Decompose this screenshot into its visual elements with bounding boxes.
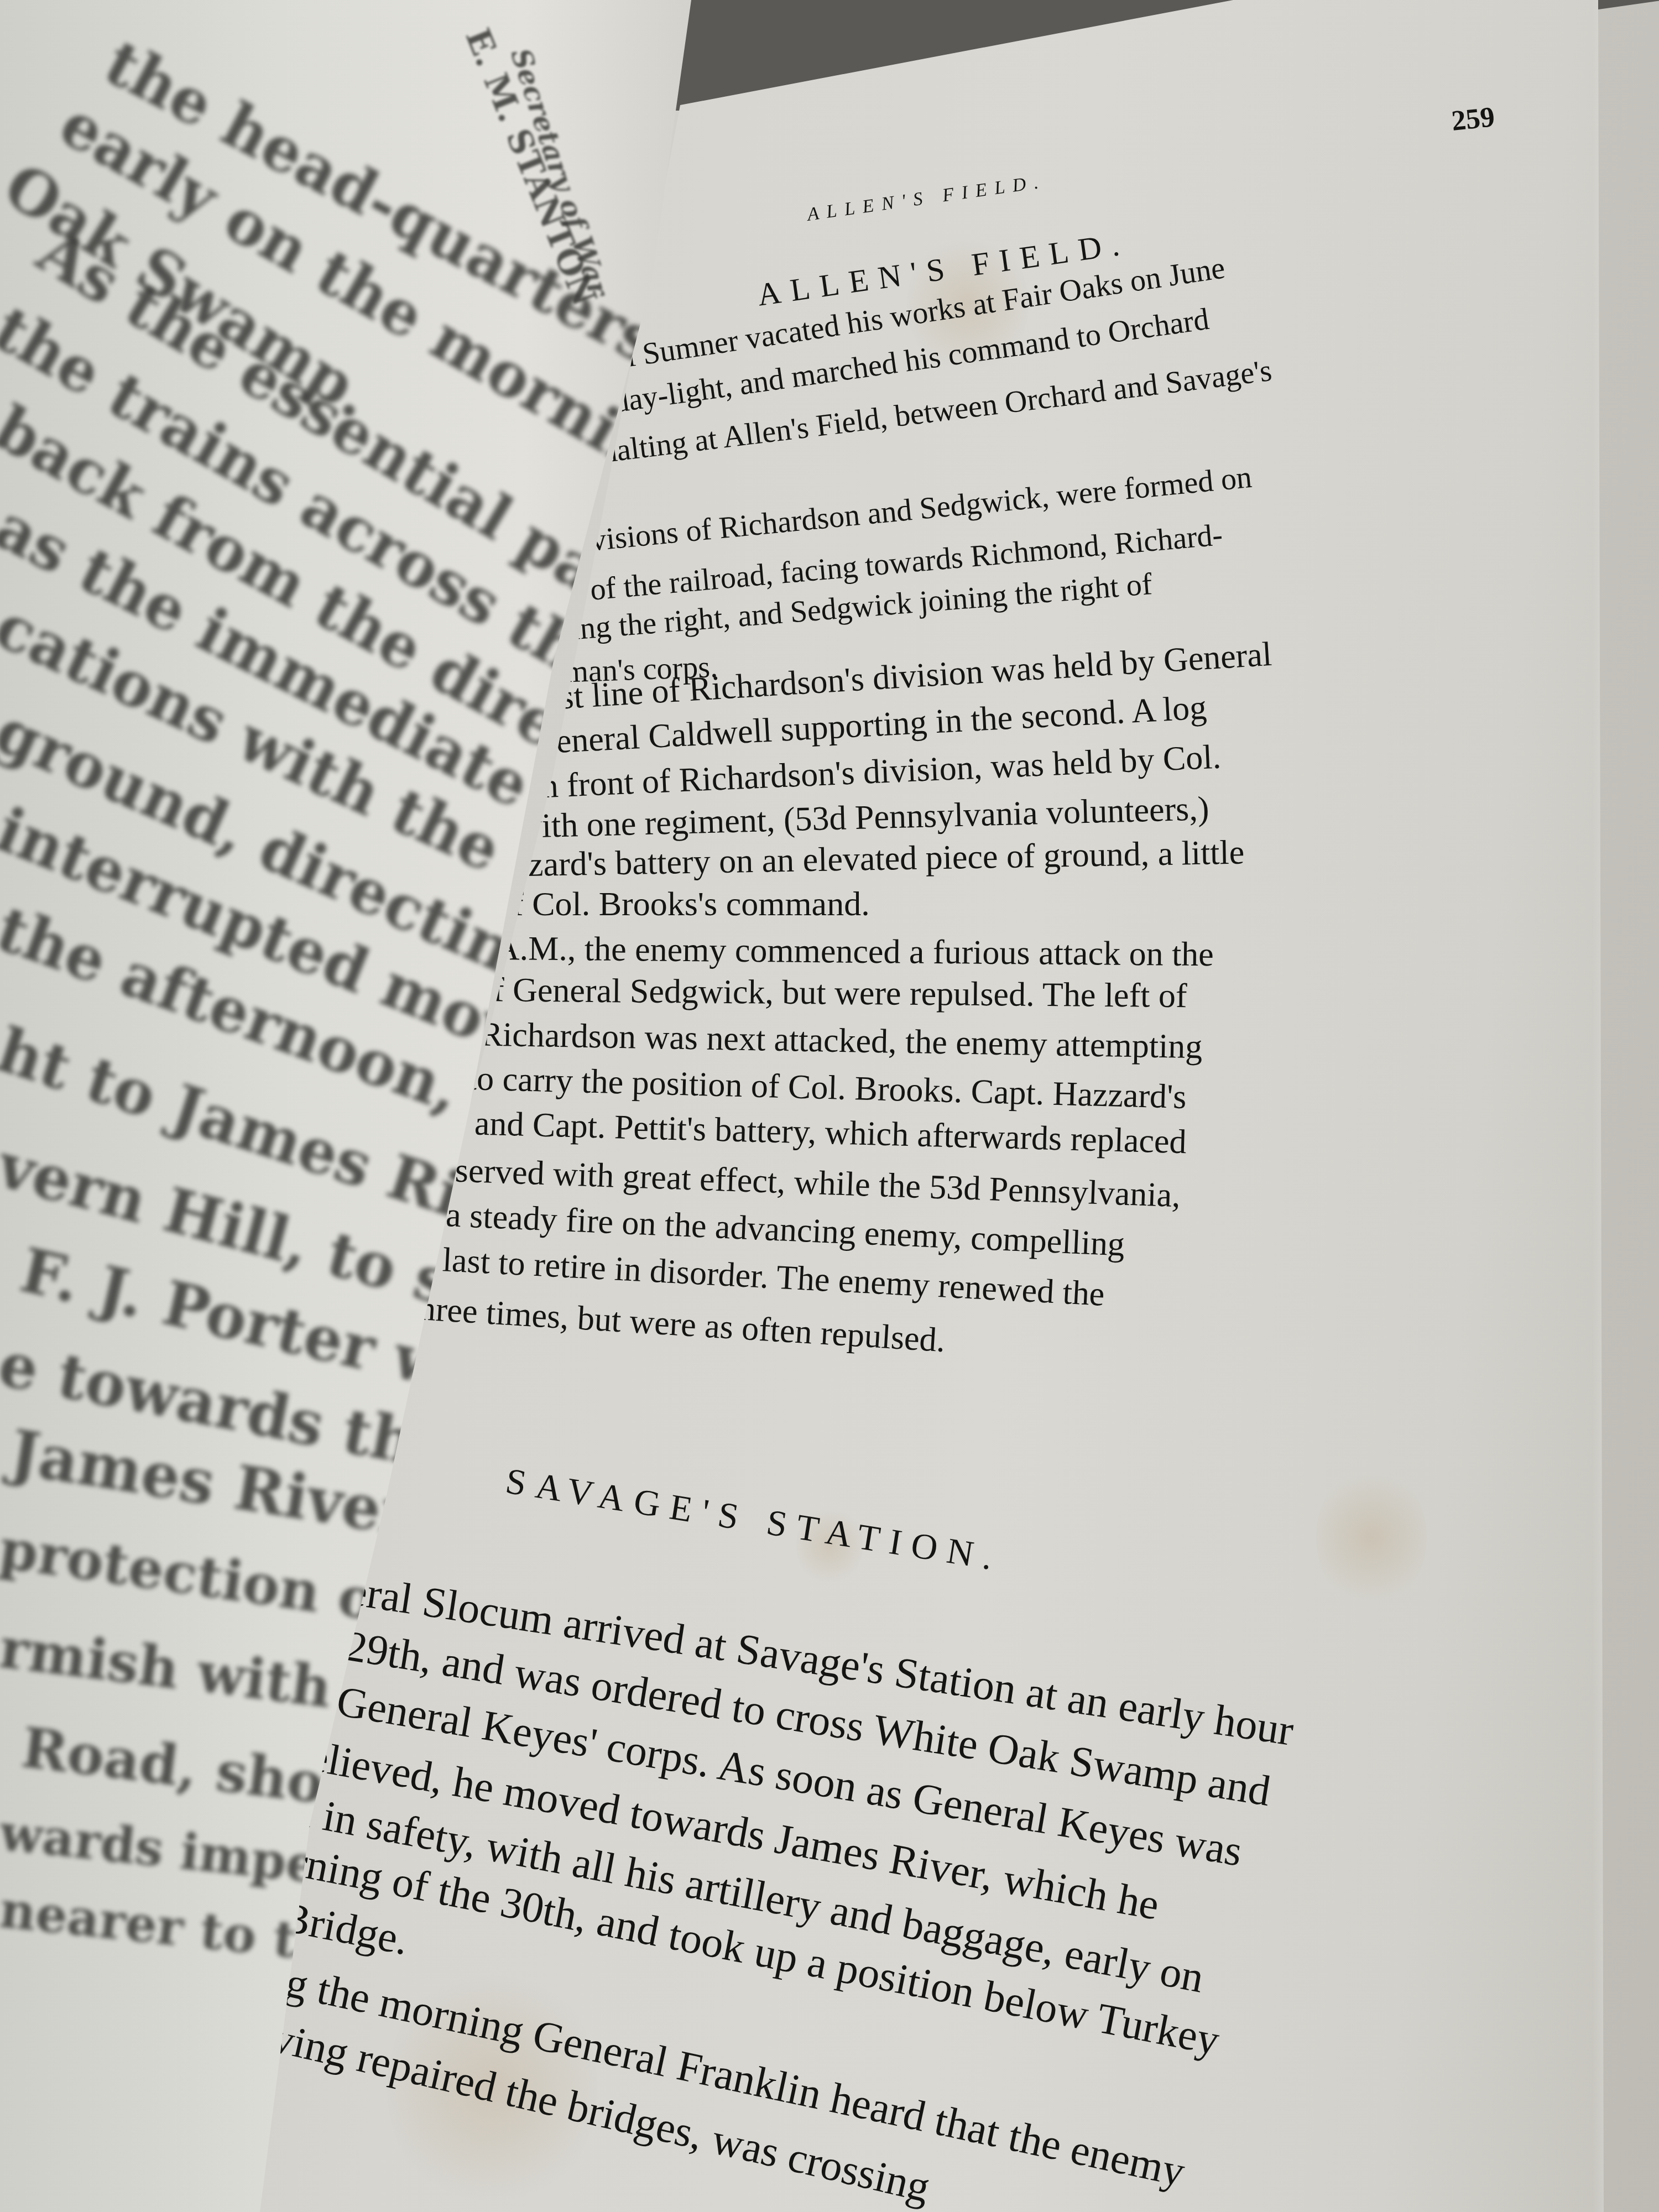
page-number: 259 [1450,101,1496,138]
running-head: ALLEN'S FIELD. [806,171,1047,226]
section-heading-savages-station: SAVAGE'S STATION. [503,1460,1005,1580]
text-line: l Richardson was next attacked, the enem… [461,1015,1203,1067]
text-line: A.M., the enemy commenced a furious atta… [495,929,1214,974]
text-line: of Col. Brooks's command. [495,885,870,924]
paper-stain [1316,1465,1427,1609]
book-photo: 259 ALLEN'S FIELD. ALLEN'S FIELD. ral Su… [0,0,1659,2212]
text-line: of General Sedgwick, but were repulsed. … [476,971,1187,1016]
page-edge [1593,0,1659,2212]
